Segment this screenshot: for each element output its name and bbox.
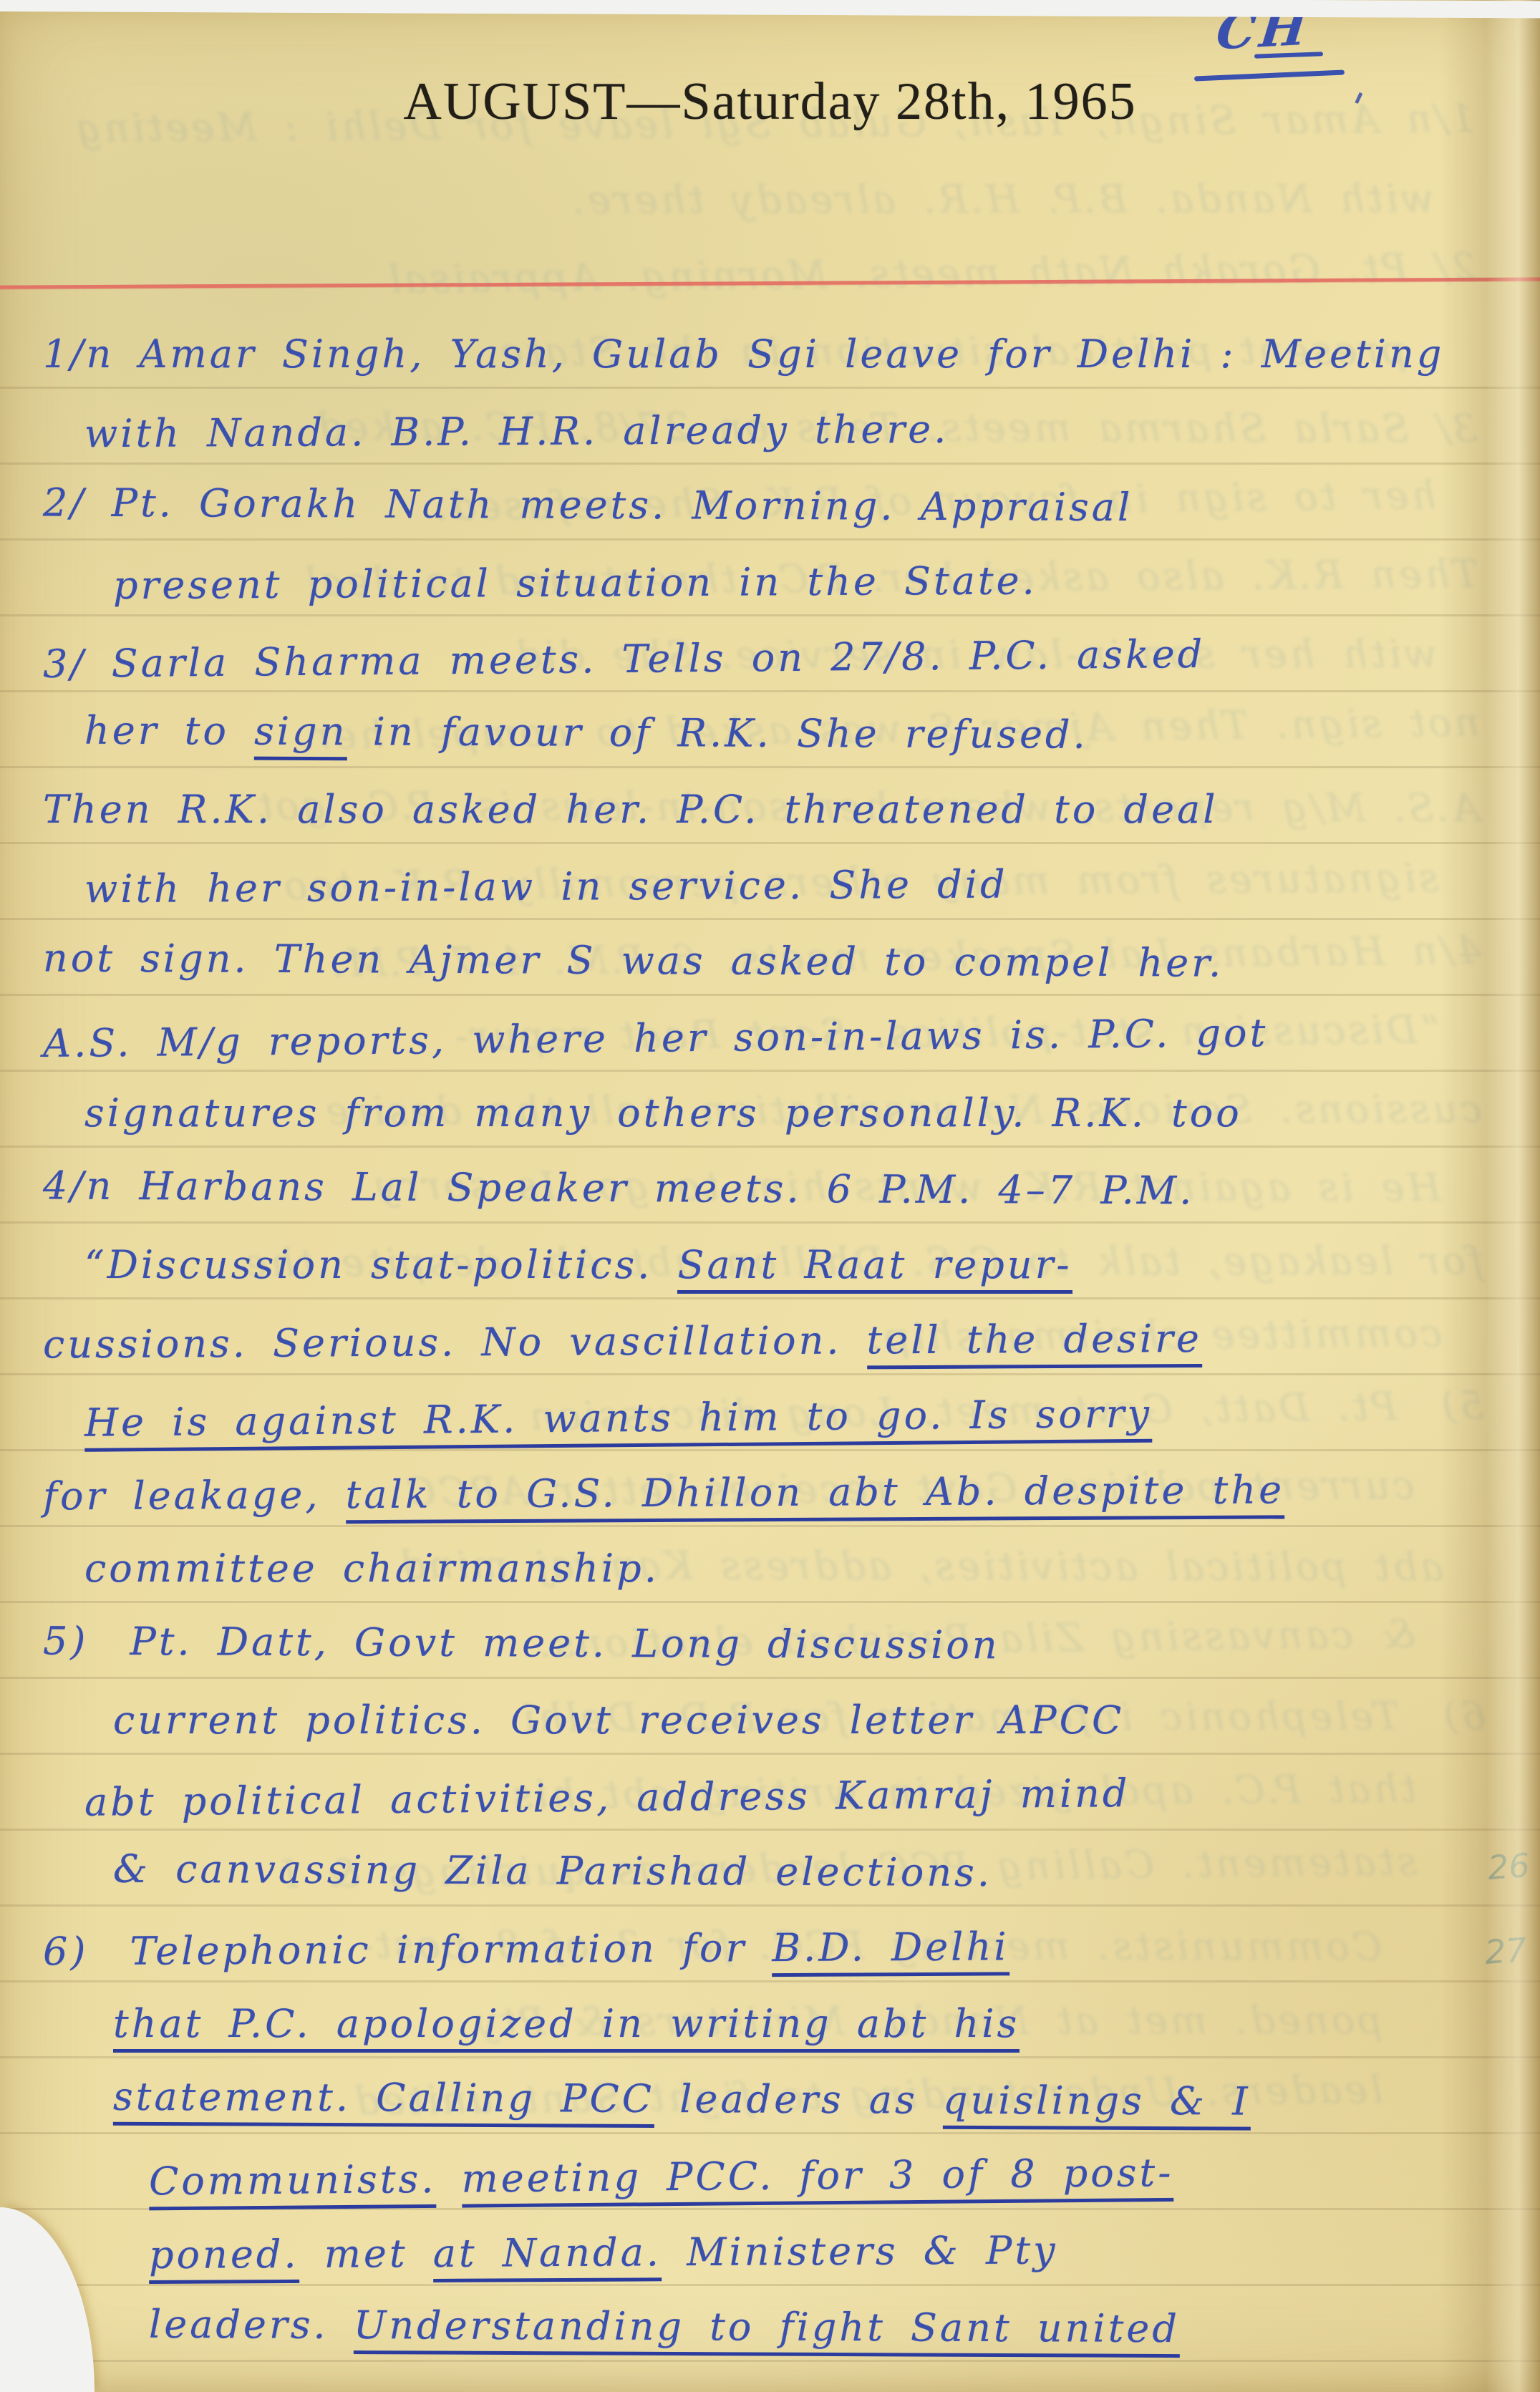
diary-line: & canvassing Zila Parishad elections. bbox=[113, 1831, 1525, 1914]
phrase: & canvassing Zila Parishad elections. bbox=[113, 1846, 992, 1895]
underlined-phrase: He is against R.K. wants him to go. Is s… bbox=[84, 1391, 1153, 1452]
diary-line: her to sign in favour of R.K. She refuse… bbox=[84, 693, 1525, 775]
red-rule-divider bbox=[0, 277, 1540, 289]
underlined-phrase: talk to G.S. Dhillon abt Ab. despite the bbox=[346, 1467, 1285, 1524]
phrase: committee chairmanship. bbox=[84, 1546, 659, 1591]
diary-line: 2/ Pt. Gorakh Nath meets. Morning. Appra… bbox=[43, 465, 1525, 547]
diary-line: cussions. Serious. No vascillation. tell… bbox=[43, 1299, 1526, 1383]
phrase: signatures from many others personally. … bbox=[84, 1090, 1242, 1136]
underlined-phrase: poned. bbox=[149, 2232, 299, 2284]
phrase bbox=[436, 2156, 462, 2202]
underlined-phrase: quislings & I bbox=[943, 2078, 1251, 2131]
phrase: 5) Pt. Datt, Govt meet. Long discussion bbox=[43, 1618, 1000, 1667]
phrase: current politics. Govt receives letter A… bbox=[113, 1698, 1124, 1743]
diary-line: Then R.K. also asked her. P.C. threatene… bbox=[43, 772, 1525, 848]
diary-line: committee chairmanship. bbox=[84, 1531, 1525, 1607]
phrase: met bbox=[299, 2231, 433, 2277]
phrase: leaders as bbox=[654, 2076, 943, 2123]
diary-lines: 1/n Amar Singh, Yash, Gulab Sgi leave fo… bbox=[0, 316, 1525, 2366]
phrase: 6) Telephonic information for bbox=[43, 1925, 773, 1974]
phrase: 2/ Pt. Gorakh Nath meets. Morning. Appra… bbox=[43, 480, 1133, 530]
diary-line: 6) Telephonic information for B.D. Delhi bbox=[43, 1907, 1526, 1990]
diary-line: He is against R.K. wants him to go. Is s… bbox=[84, 1372, 1526, 1461]
phrase: with Nanda. B.P. H.R. already there. bbox=[84, 407, 949, 456]
diary-line: poned. met at Nanda. Ministers & Pty bbox=[149, 2210, 1526, 2293]
phrase: with her son-in-law in service. She did bbox=[84, 862, 1008, 912]
phrase: “Discussion stat-politics. bbox=[84, 1242, 677, 1287]
diary-line: signatures from many others personally. … bbox=[84, 1075, 1525, 1151]
paper-sheet: 1/n Amar Singh, Yash, Gulab Sgi leave fo… bbox=[0, 0, 1540, 2392]
underlined-phrase: at Nanda. bbox=[433, 2229, 662, 2282]
phrase: 4/n Harbans Lal Speaker meets. 6 P.M. 4–… bbox=[43, 1163, 1195, 1213]
margin-page-number: 27 bbox=[1483, 1930, 1528, 1972]
phrase: in favour of R.K. She refused. bbox=[347, 709, 1088, 757]
underlined-phrase: meeting PCC. for 3 of 8 post- bbox=[461, 2150, 1173, 2208]
diary-line: not sign. Then Ajmer S was asked to comp… bbox=[43, 920, 1525, 1002]
diary-line: “Discussion stat-politics. Sant Raat rep… bbox=[84, 1227, 1525, 1303]
diary-line: A.S. M/g reports, where her son-in-laws … bbox=[43, 993, 1526, 1082]
phrase: 1/n Amar Singh, Yash, Gulab Sgi leave fo… bbox=[43, 331, 1444, 377]
underlined-phrase: Sant Raat repur- bbox=[677, 1242, 1072, 1294]
phrase: leaders. bbox=[149, 2302, 354, 2348]
phrase: Ministers & Pty bbox=[662, 2227, 1058, 2275]
diary-line: statement. Calling PCC leaders as quisli… bbox=[113, 2059, 1525, 2141]
margin-page-number: 26 bbox=[1486, 1846, 1531, 1887]
diary-line: present political situation in the State… bbox=[113, 541, 1526, 624]
diary-line: Communists. meeting PCC. for 3 of 8 post… bbox=[149, 2132, 1526, 2220]
underlined-phrase: that P.C. apologized in writing abt his bbox=[113, 2001, 1020, 2053]
underlined-phrase: B.D. Delhi bbox=[772, 1924, 1009, 1977]
phrase: Then R.K. also asked her. P.C. threatene… bbox=[43, 787, 1219, 832]
diary-line: current politics. Govt receives letter A… bbox=[113, 1682, 1525, 1758]
diary-page-scan: 1/n Amar Singh, Yash, Gulab Sgi leave fo… bbox=[0, 0, 1540, 2392]
underlined-phrase: Understanding to fight Sant united bbox=[354, 2303, 1180, 2358]
phrase: not sign. Then Ajmer S was asked to comp… bbox=[43, 935, 1224, 985]
phrase: 3/ Sarla Sharma meets. Tells on 27/8. P.… bbox=[43, 631, 1206, 687]
diary-line: that P.C. apologized in writing abt his bbox=[113, 1986, 1525, 2062]
diary-line: for leakage, talk to G.S. Dhillon abt Ab… bbox=[43, 1451, 1526, 1535]
diary-line: 1/n Amar Singh, Yash, Gulab Sgi leave fo… bbox=[43, 316, 1525, 392]
underlined-phrase: tell the desire bbox=[866, 1316, 1202, 1369]
phrase: cussions. Serious. No vascillation. bbox=[43, 1317, 867, 1367]
diary-line: with her son-in-law in service. She did bbox=[84, 844, 1526, 928]
diary-line: abt political activities, address Kamraj… bbox=[84, 1752, 1526, 1841]
page-title: AUGUST—Saturday 28th, 1965 bbox=[0, 72, 1540, 132]
diary-line: leaders. Understanding to fight Sant uni… bbox=[149, 2287, 1525, 2368]
underlined-phrase: Communists. bbox=[149, 2156, 437, 2210]
diary-line: 5) Pt. Datt, Govt meet. Long discussion bbox=[43, 1603, 1525, 1685]
diary-line: with Nanda. B.P. H.R. already there. bbox=[84, 389, 1526, 473]
diary-line: 3/ Sarla Sharma meets. Tells on 27/8. P.… bbox=[43, 614, 1526, 702]
underlined-phrase: sign bbox=[254, 709, 348, 761]
underlined-phrase: statement. Calling PCC bbox=[113, 2074, 654, 2128]
phrase: A.S. M/g reports, where her son-in-laws … bbox=[43, 1010, 1269, 1066]
diary-line: 4/n Harbans Lal Speaker meets. 6 P.M. 4–… bbox=[43, 1148, 1525, 1230]
phrase: present political situation in the State… bbox=[113, 558, 1037, 608]
phrase: for leakage, bbox=[43, 1472, 346, 1519]
phrase: her to bbox=[84, 708, 254, 754]
phrase: abt political activities, address Kamraj… bbox=[84, 1771, 1130, 1825]
